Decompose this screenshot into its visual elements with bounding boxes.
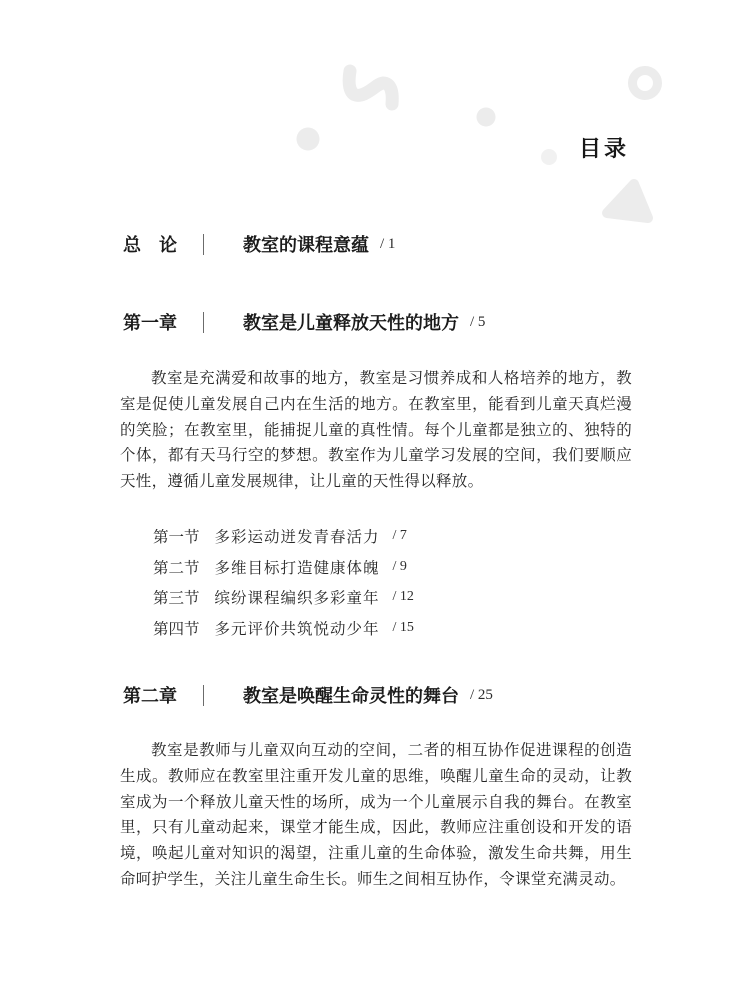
section-title: 缤纷课程编织多彩童年 — [215, 586, 380, 608]
section-title: 多元评价共筑悦动少年 — [215, 617, 380, 639]
chapter-label: 总 论 — [123, 231, 203, 257]
chapter-title: 教室是儿童释放天性的地方 — [243, 309, 459, 335]
triangle-icon — [607, 184, 648, 218]
section-title: 多维目标打造健康体魄 — [215, 556, 380, 578]
chapter-label: 第一章 — [123, 309, 203, 335]
divider-bar — [203, 312, 204, 333]
section-page-number: / 12 — [393, 589, 414, 605]
section-label: 第三节 — [153, 586, 200, 608]
dot-icon — [297, 128, 320, 151]
section-page-number: / 15 — [393, 620, 414, 636]
section-row: 第二节 多维目标打造健康体魄 / 9 — [153, 552, 414, 583]
chapter-label: 第二章 — [123, 682, 203, 708]
chapter-title: 教室是唤醒生命灵性的舞台 — [243, 682, 459, 708]
chapter-summary: 教室是教师与儿童双向互动的空间，二者的相互协作促进课程的创造生成。教师应在教室里… — [120, 738, 632, 893]
section-label: 第二节 — [153, 556, 200, 578]
dot-icon — [477, 108, 496, 127]
toc-entry-chapter2: 第二章 教室是唤醒生命灵性的舞台 / 25 — [123, 684, 493, 706]
chapter-summary: 教室是充满爱和故事的地方，教室是习惯养成和人格培养的地方，教室是促使儿童发展自己… — [120, 366, 632, 495]
toc-page: 目录 总 论 教室的课程意蕴 / 1 第一章 教室是儿童释放天性的地方 / 5 … — [0, 0, 750, 1000]
toc-entry-chapter1: 第一章 教室是儿童释放天性的地方 / 5 — [123, 311, 485, 333]
section-row: 第三节 缤纷课程编织多彩童年 / 12 — [153, 582, 414, 613]
divider-bar — [203, 685, 204, 706]
section-page-number: / 9 — [393, 559, 407, 575]
divider-bar — [203, 234, 204, 255]
section-row: 第四节 多元评价共筑悦动少年 / 15 — [153, 613, 414, 644]
chapter-title: 教室的课程意蕴 — [243, 231, 369, 257]
section-list: 第一节 多彩运动迸发青春活力 / 7 第二节 多维目标打造健康体魄 / 9 第三… — [153, 521, 414, 643]
section-row: 第一节 多彩运动迸发青春活力 / 7 — [153, 521, 414, 552]
chapter-page-number: / 5 — [470, 314, 485, 331]
section-page-number: / 7 — [393, 528, 407, 544]
donut-icon — [633, 71, 658, 96]
chapter-page-number: / 25 — [470, 687, 493, 704]
section-label: 第四节 — [153, 617, 200, 639]
page-title: 目录 — [579, 132, 629, 163]
squiggle-icon — [349, 71, 392, 104]
section-label: 第一节 — [153, 525, 200, 547]
section-title: 多彩运动迸发青春活力 — [215, 525, 380, 547]
dot-icon — [541, 149, 557, 165]
chapter-page-number: / 1 — [380, 236, 395, 253]
toc-entry-overview: 总 论 教室的课程意蕴 / 1 — [123, 233, 395, 255]
